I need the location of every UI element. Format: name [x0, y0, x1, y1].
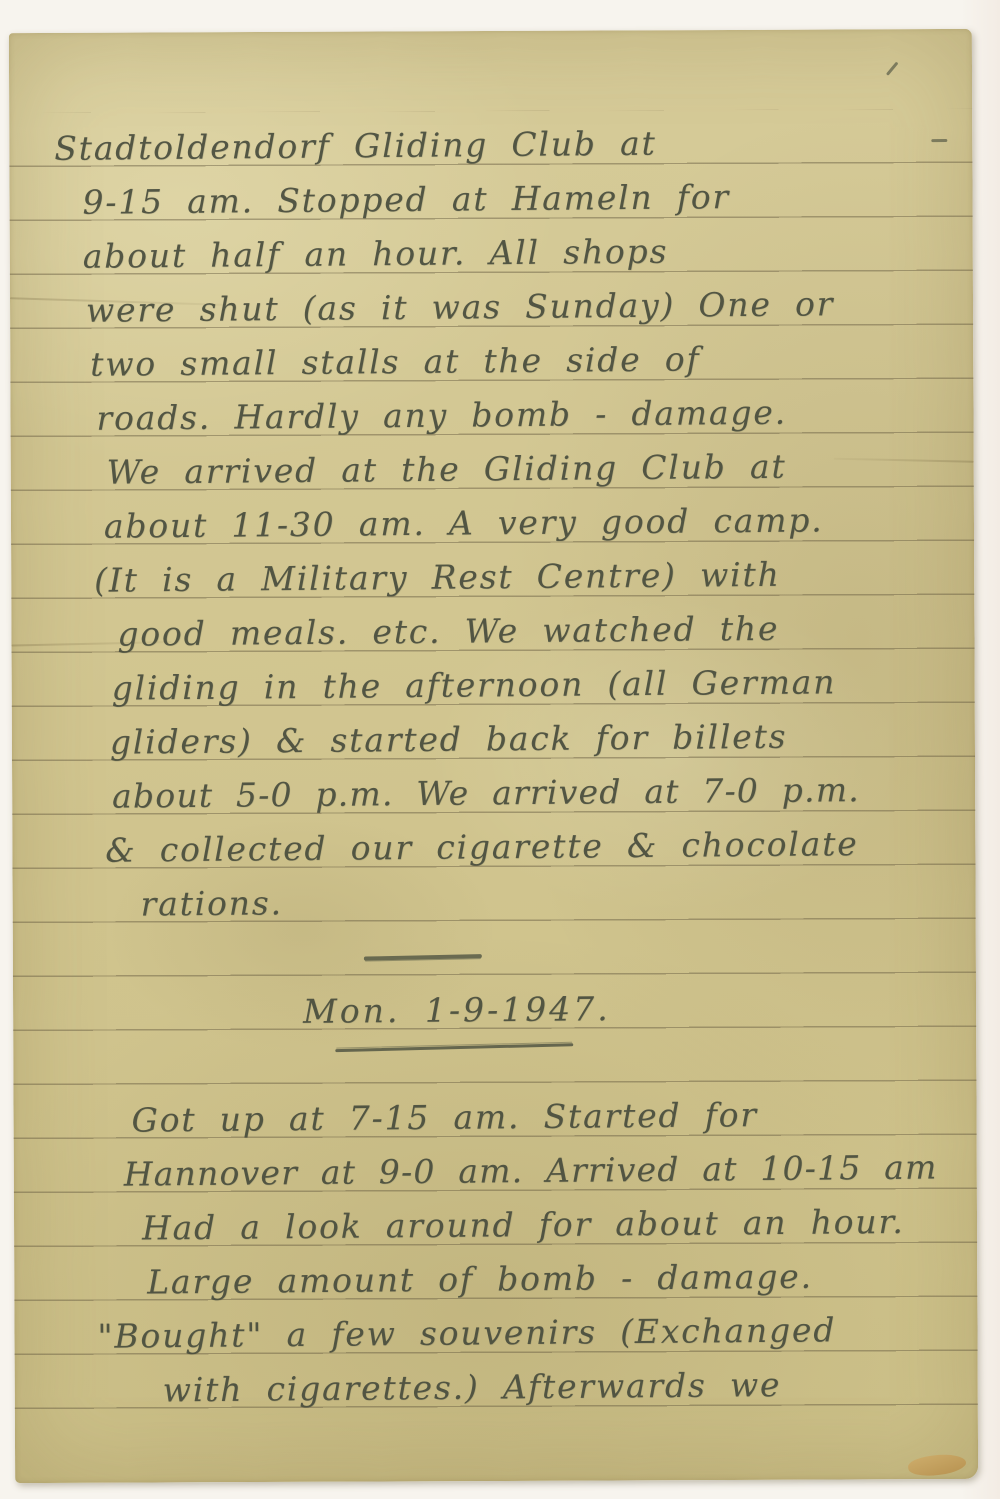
handwriting-line: & collected our cigarette & chocolate — [105, 823, 859, 872]
date-underline-stroke — [335, 1043, 573, 1052]
handwriting-line: two small stalls at the side of — [90, 338, 701, 385]
handwriting-line: gliders) & started back for billets — [110, 716, 788, 764]
diary-page: Stadtoldendorf Gliding Club at 9-15 am. … — [9, 29, 978, 1483]
pencil-dash-mark — [931, 139, 947, 142]
handwriting-line: We arrived at the Gliding Club at — [106, 446, 786, 494]
handwriting-line: about half an hour. All shops — [83, 231, 669, 278]
handwriting-line: (It is a Military Rest Centre) with — [94, 554, 781, 602]
handwriting-line: Got up at 7-15 am. Started for — [131, 1094, 758, 1141]
corner-tear — [907, 1451, 967, 1478]
handwriting-line: Hannover at 9-0 am. Arrived at 10-15 am — [124, 1147, 938, 1196]
pencil-tick-mark — [886, 62, 898, 76]
handwriting-line: Stadtoldendorf Gliding Club at — [54, 123, 657, 170]
handwriting-line: rations. — [140, 882, 283, 925]
paper-crease — [834, 458, 974, 463]
handwriting-line: gliding in the afternoon (all German — [111, 661, 836, 709]
handwriting-line: Had a look around for about an hour. — [142, 1201, 905, 1250]
entry-date-heading: Mon. 1-9-1947. — [303, 988, 611, 1033]
handwriting-line: Large amount of bomb - damage. — [147, 1256, 813, 1304]
section-divider-dash — [364, 954, 482, 961]
handwriting-line: 9-15 am. Stopped at Hameln for — [82, 176, 730, 224]
handwriting-line: were shut (as it was Sunday) One or — [86, 283, 835, 332]
handwriting-line: with cigarettes.) Afterwards we — [162, 1364, 781, 1411]
handwriting-line: roads. Hardly any bomb - damage. — [96, 392, 787, 440]
handwriting-line: about 11-30 am. A very good camp. — [104, 499, 824, 547]
handwriting-line: "Bought" a few souvenirs (Exchanged — [97, 1309, 836, 1357]
handwriting-line: good meals. etc. We watched the — [117, 608, 779, 656]
handwriting-line: about 5-0 p.m. We arrived at 7-0 p.m. — [112, 769, 860, 818]
scanned-diary-photo: Stadtoldendorf Gliding Club at 9-15 am. … — [0, 0, 1000, 1499]
